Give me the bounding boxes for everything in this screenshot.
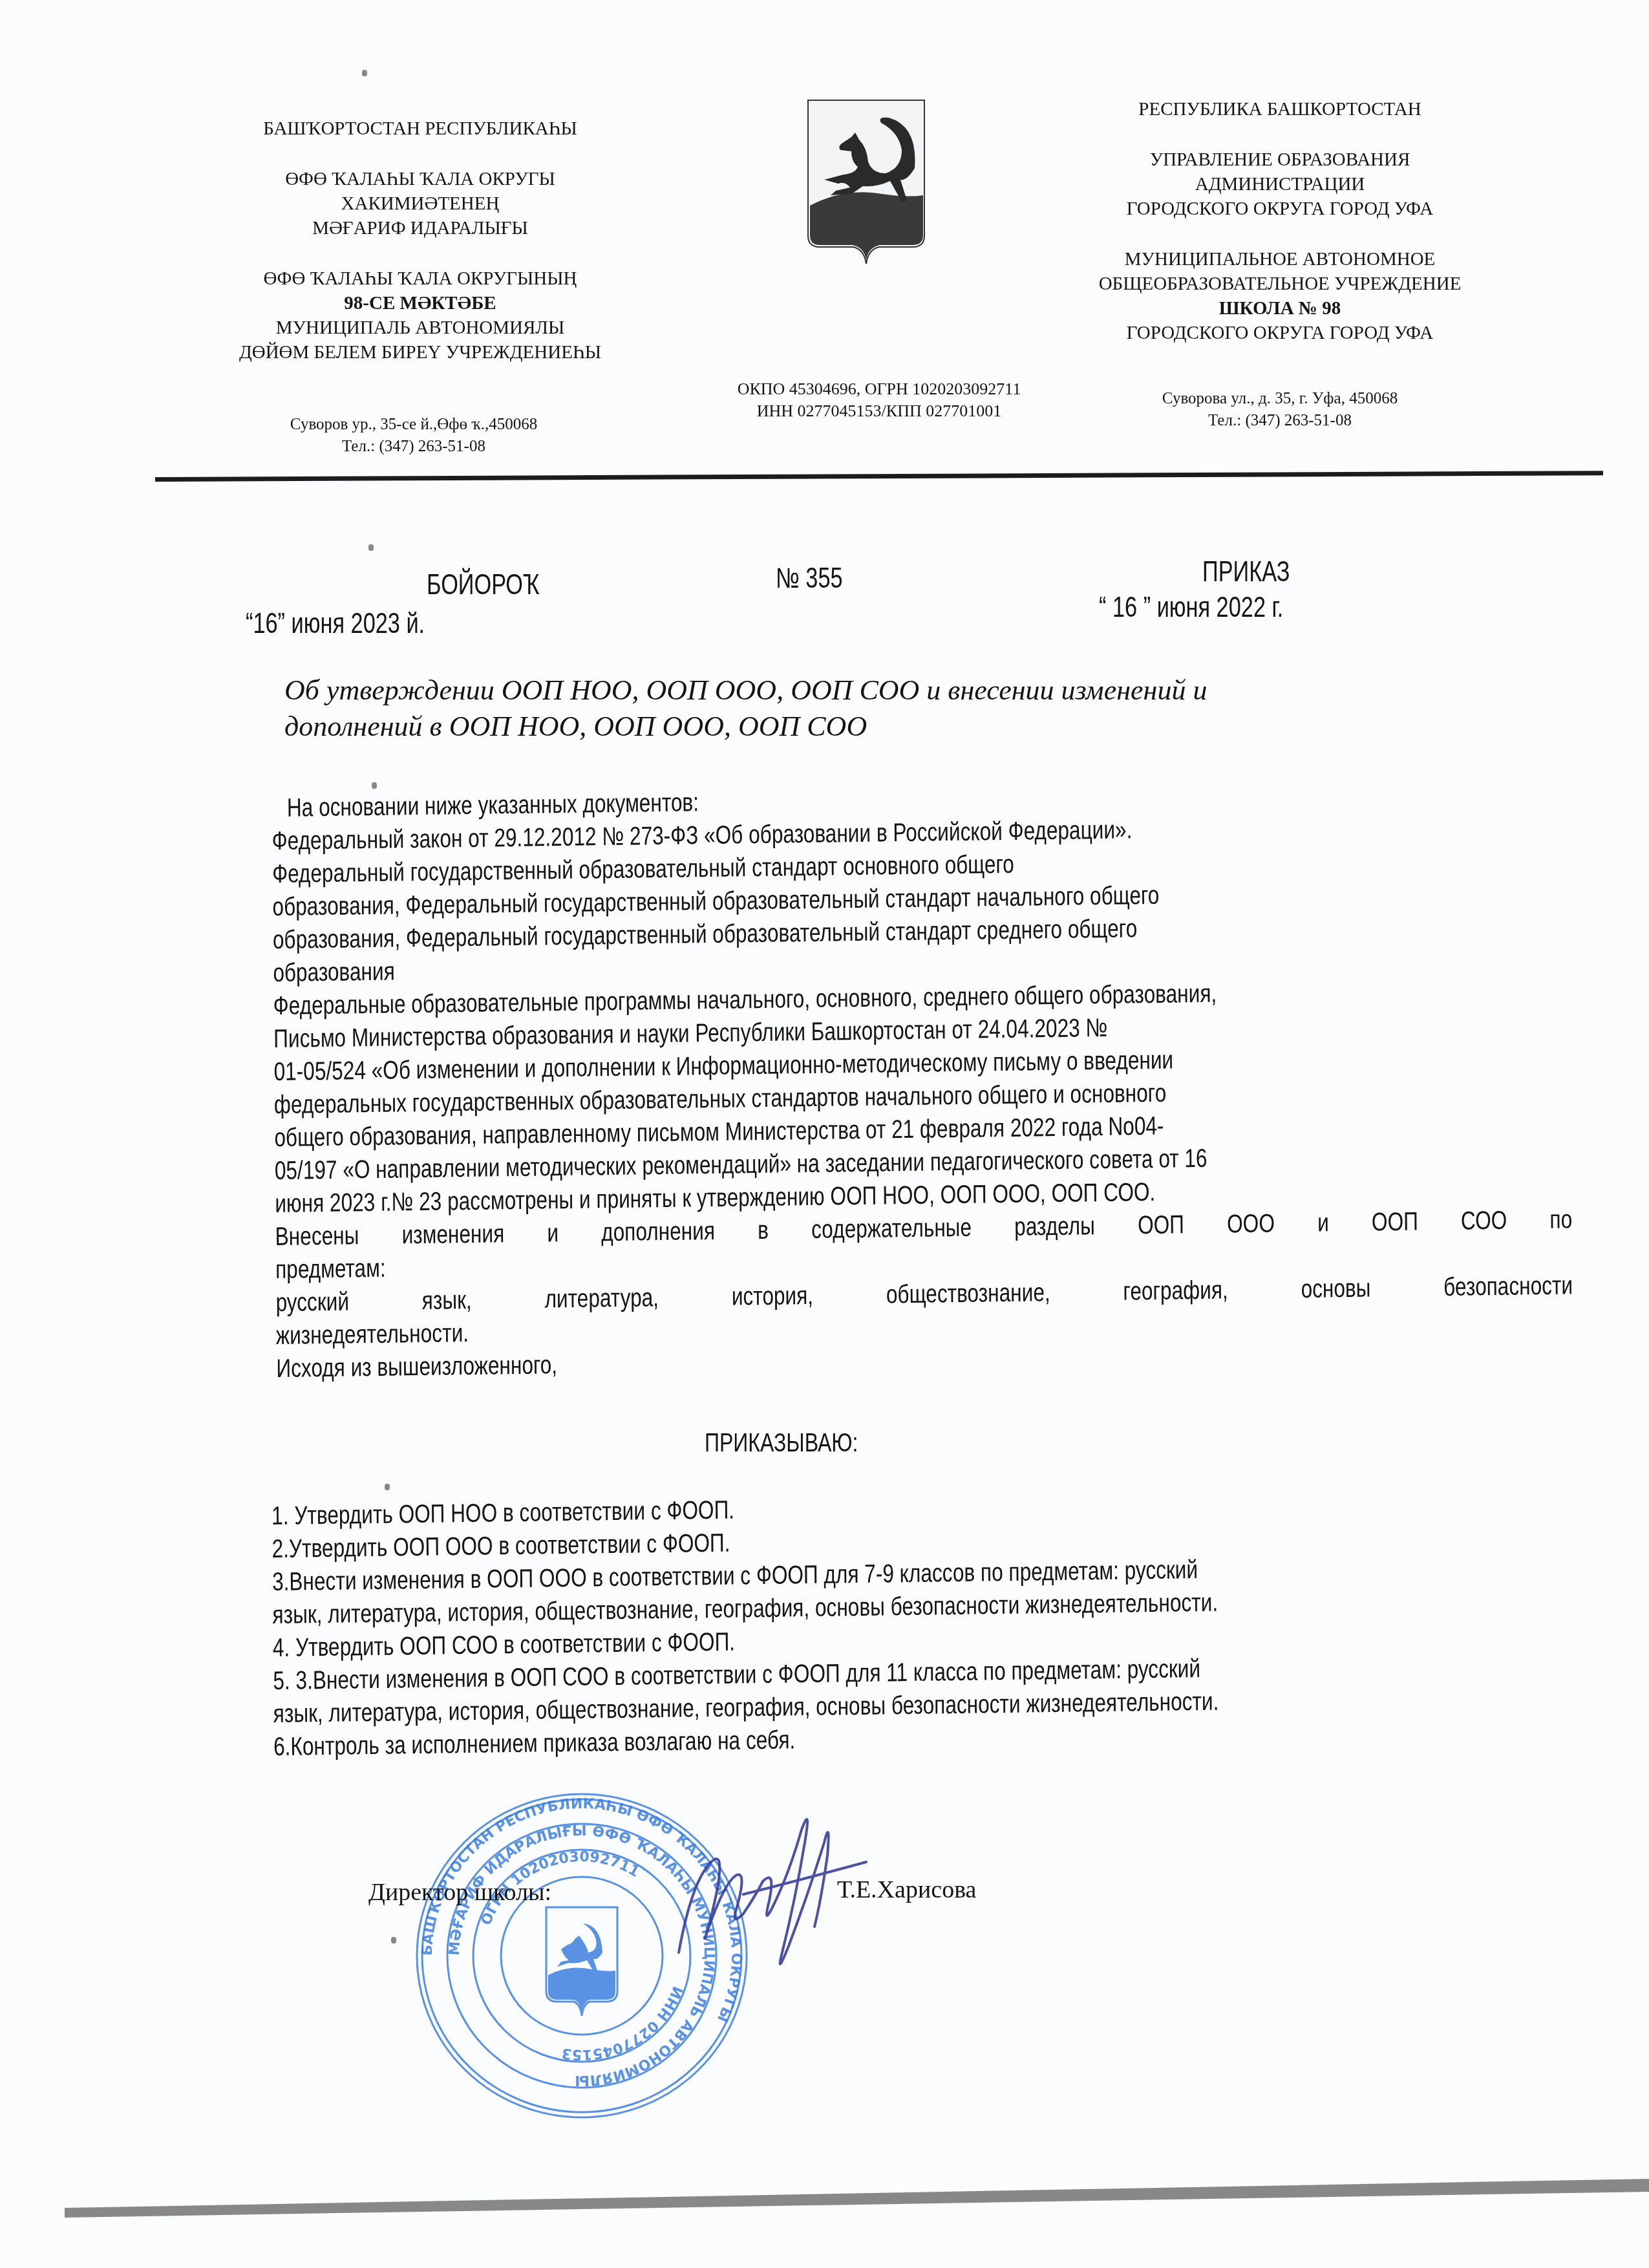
header-line: ГОРОДСКОГО ОКРУГА ГОРОД УФА — [1047, 321, 1513, 345]
handwritten-signature-icon — [666, 1804, 873, 1998]
address-bashkir: Суворов ур., 35-се й.,Өфө ҡ.,450068 — [233, 414, 595, 436]
inn-kpp: ИНН 0277045153/КПП 027701001 — [685, 400, 1073, 422]
header-right-russian: РЕСПУБЛИКА БАШКОРТОСТАН УПРАВЛЕНИЕ ОБРАЗ… — [1047, 97, 1513, 345]
header-line: МӘҒАРИФ ИДАРАЛЫҒЫ — [194, 216, 646, 241]
address-russian: Суворова ул., д. 35, г. Уфа, 450068 — [1086, 388, 1474, 410]
scan-speck — [391, 1937, 396, 1943]
subject-line: дополнений в ООП НОО, ООП ООО, ООП СОО — [284, 709, 1513, 745]
header-line: МУНИЦИПАЛЬ АВТОНОМИЯЛЫ — [194, 316, 646, 340]
okpo-ogrn: ОКПО 45304696, ОГРН 1020203092711 — [685, 378, 1073, 400]
signature-label: Директор школы: — [368, 1878, 551, 1907]
scan-speck — [368, 544, 374, 551]
header-line: ДӨЙӨМ БЕЛЕМ БИРЕҮ УЧРЕЖДЕНИЕҺЫ — [194, 340, 646, 365]
header-line: ӨФӨ ҠАЛАҺЫ ҠАЛА ОКРУГЫНЫҢ — [194, 266, 646, 291]
order-date-russian: “ 16 ” июня 2022 г. — [1099, 592, 1283, 624]
order-title-russian: ПРИКАЗ — [1202, 556, 1290, 588]
scan-edge-artifact — [65, 2179, 1649, 2218]
header-line: ОБЩЕОБРАЗОВАТЕЛЬНОЕ УЧРЕЖДЕНИЕ — [1047, 272, 1513, 296]
header-right-contacts: Суворова ул., д. 35, г. Уфа, 450068 Тел.… — [1086, 388, 1474, 432]
scan-speck — [372, 782, 377, 789]
order-date-bashkir: “16” июня 2023 й. — [246, 608, 425, 640]
scan-speck — [385, 1484, 390, 1490]
header-center-registry: ОКПО 45304696, ОГРН 1020203092711 ИНН 02… — [685, 378, 1073, 422]
order-subject: Об утверждении ООП НОО, ООП ООО, ООП СОО… — [284, 672, 1513, 745]
scan-speck — [362, 70, 367, 76]
header-line: ӨФӨ ҠАЛАҺЫ ҠАЛА ОКРУГЫ — [194, 167, 646, 191]
subject-line: Об утверждении ООП НОО, ООП ООО, ООП СОО… — [284, 672, 1513, 709]
order-title-bashkir: БОЙОРОҠ — [427, 569, 539, 601]
header-line: УПРАВЛЕНИЕ ОБРАЗОВАНИЯ — [1047, 147, 1513, 172]
header-line: АДМИНИСТРАЦИИ — [1047, 172, 1513, 197]
order-number: № 355 — [776, 562, 843, 595]
order-items: 1. Утвердить ООП НОО в соответствии с ФО… — [271, 1482, 1571, 1764]
header-line: РЕСПУБЛИКА БАШКОРТОСТАН — [1047, 97, 1513, 122]
preamble: На основании ниже указанных документов: … — [271, 775, 1573, 1385]
header-divider — [155, 471, 1603, 482]
school-number-russian: ШКОЛА № 98 — [1047, 296, 1513, 321]
header-left-bashkir: БАШҠОРТОСТАН РЕСПУБЛИКАҺЫ ӨФӨ ҠАЛАҺЫ ҠАЛ… — [194, 116, 646, 365]
coat-of-arms-icon — [805, 97, 928, 265]
school-number-bashkir: 98-СЕ МӘКТӘБЕ — [194, 291, 646, 316]
phone-bashkir: Тел.: (347) 263-51-08 — [233, 436, 595, 458]
header-line: ХАКИМИӘТЕНЕҢ — [194, 191, 646, 216]
order-directive-heading: ПРИКАЗЫВАЮ: — [705, 1429, 858, 1458]
phone-russian: Тел.: (347) 263-51-08 — [1086, 410, 1474, 432]
header-left-contacts: Суворов ур., 35-се й.,Өфө ҡ.,450068 Тел.… — [233, 414, 595, 458]
header-line: БАШҠОРТОСТАН РЕСПУБЛИКАҺЫ — [194, 116, 646, 141]
header-line: ГОРОДСКОГО ОКРУГА ГОРОД УФА — [1047, 197, 1513, 221]
header-line: МУНИЦИПАЛЬНОЕ АВТОНОМНОЕ — [1047, 247, 1513, 272]
